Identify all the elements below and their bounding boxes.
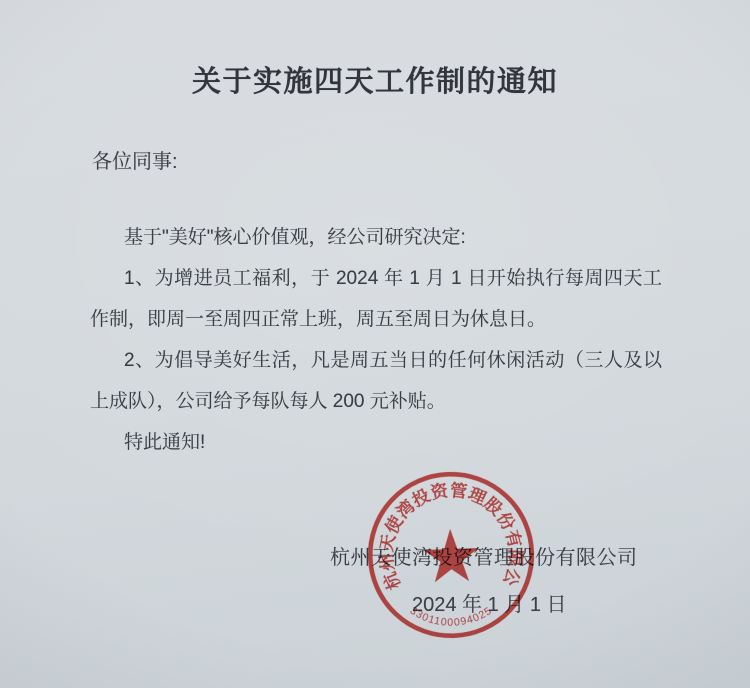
signature-date: 2024 年 1 月 1 日 [412,588,567,617]
greeting-text: 各位同事: [92,145,178,174]
paragraph-intro: 基于"美好"核心价值观，经公司研究决定: [90,217,662,258]
paragraph-closing: 特此通知! [90,422,662,463]
paragraph-item-2: 2、为倡导美好生活，凡是周五当日的任何休闲活动（三人及以上成队），公司给予每队每… [90,340,662,422]
notice-document-photo: 关于实施四天工作制的通知 各位同事: 基于"美好"核心价值观，经公司研究决定: … [0,0,750,688]
paragraph-item-1: 1、为增进员工福利，于 2024 年 1 月 1 日开始执行每周四天工作制，即周… [90,258,662,340]
signature-company-name: 杭州天使湾投资管理股份有限公司 [330,541,638,570]
notice-title: 关于实施四天工作制的通知 [0,59,750,100]
seal-arc-text: 杭州天使湾投资管理股份有限公司 [347,451,528,596]
seal-arc-text-holder: 杭州天使湾投资管理股份有限公司 [347,451,528,596]
notice-body: 基于"美好"核心价值观，经公司研究决定: 1、为增进员工福利，于 2024 年 … [90,217,662,463]
